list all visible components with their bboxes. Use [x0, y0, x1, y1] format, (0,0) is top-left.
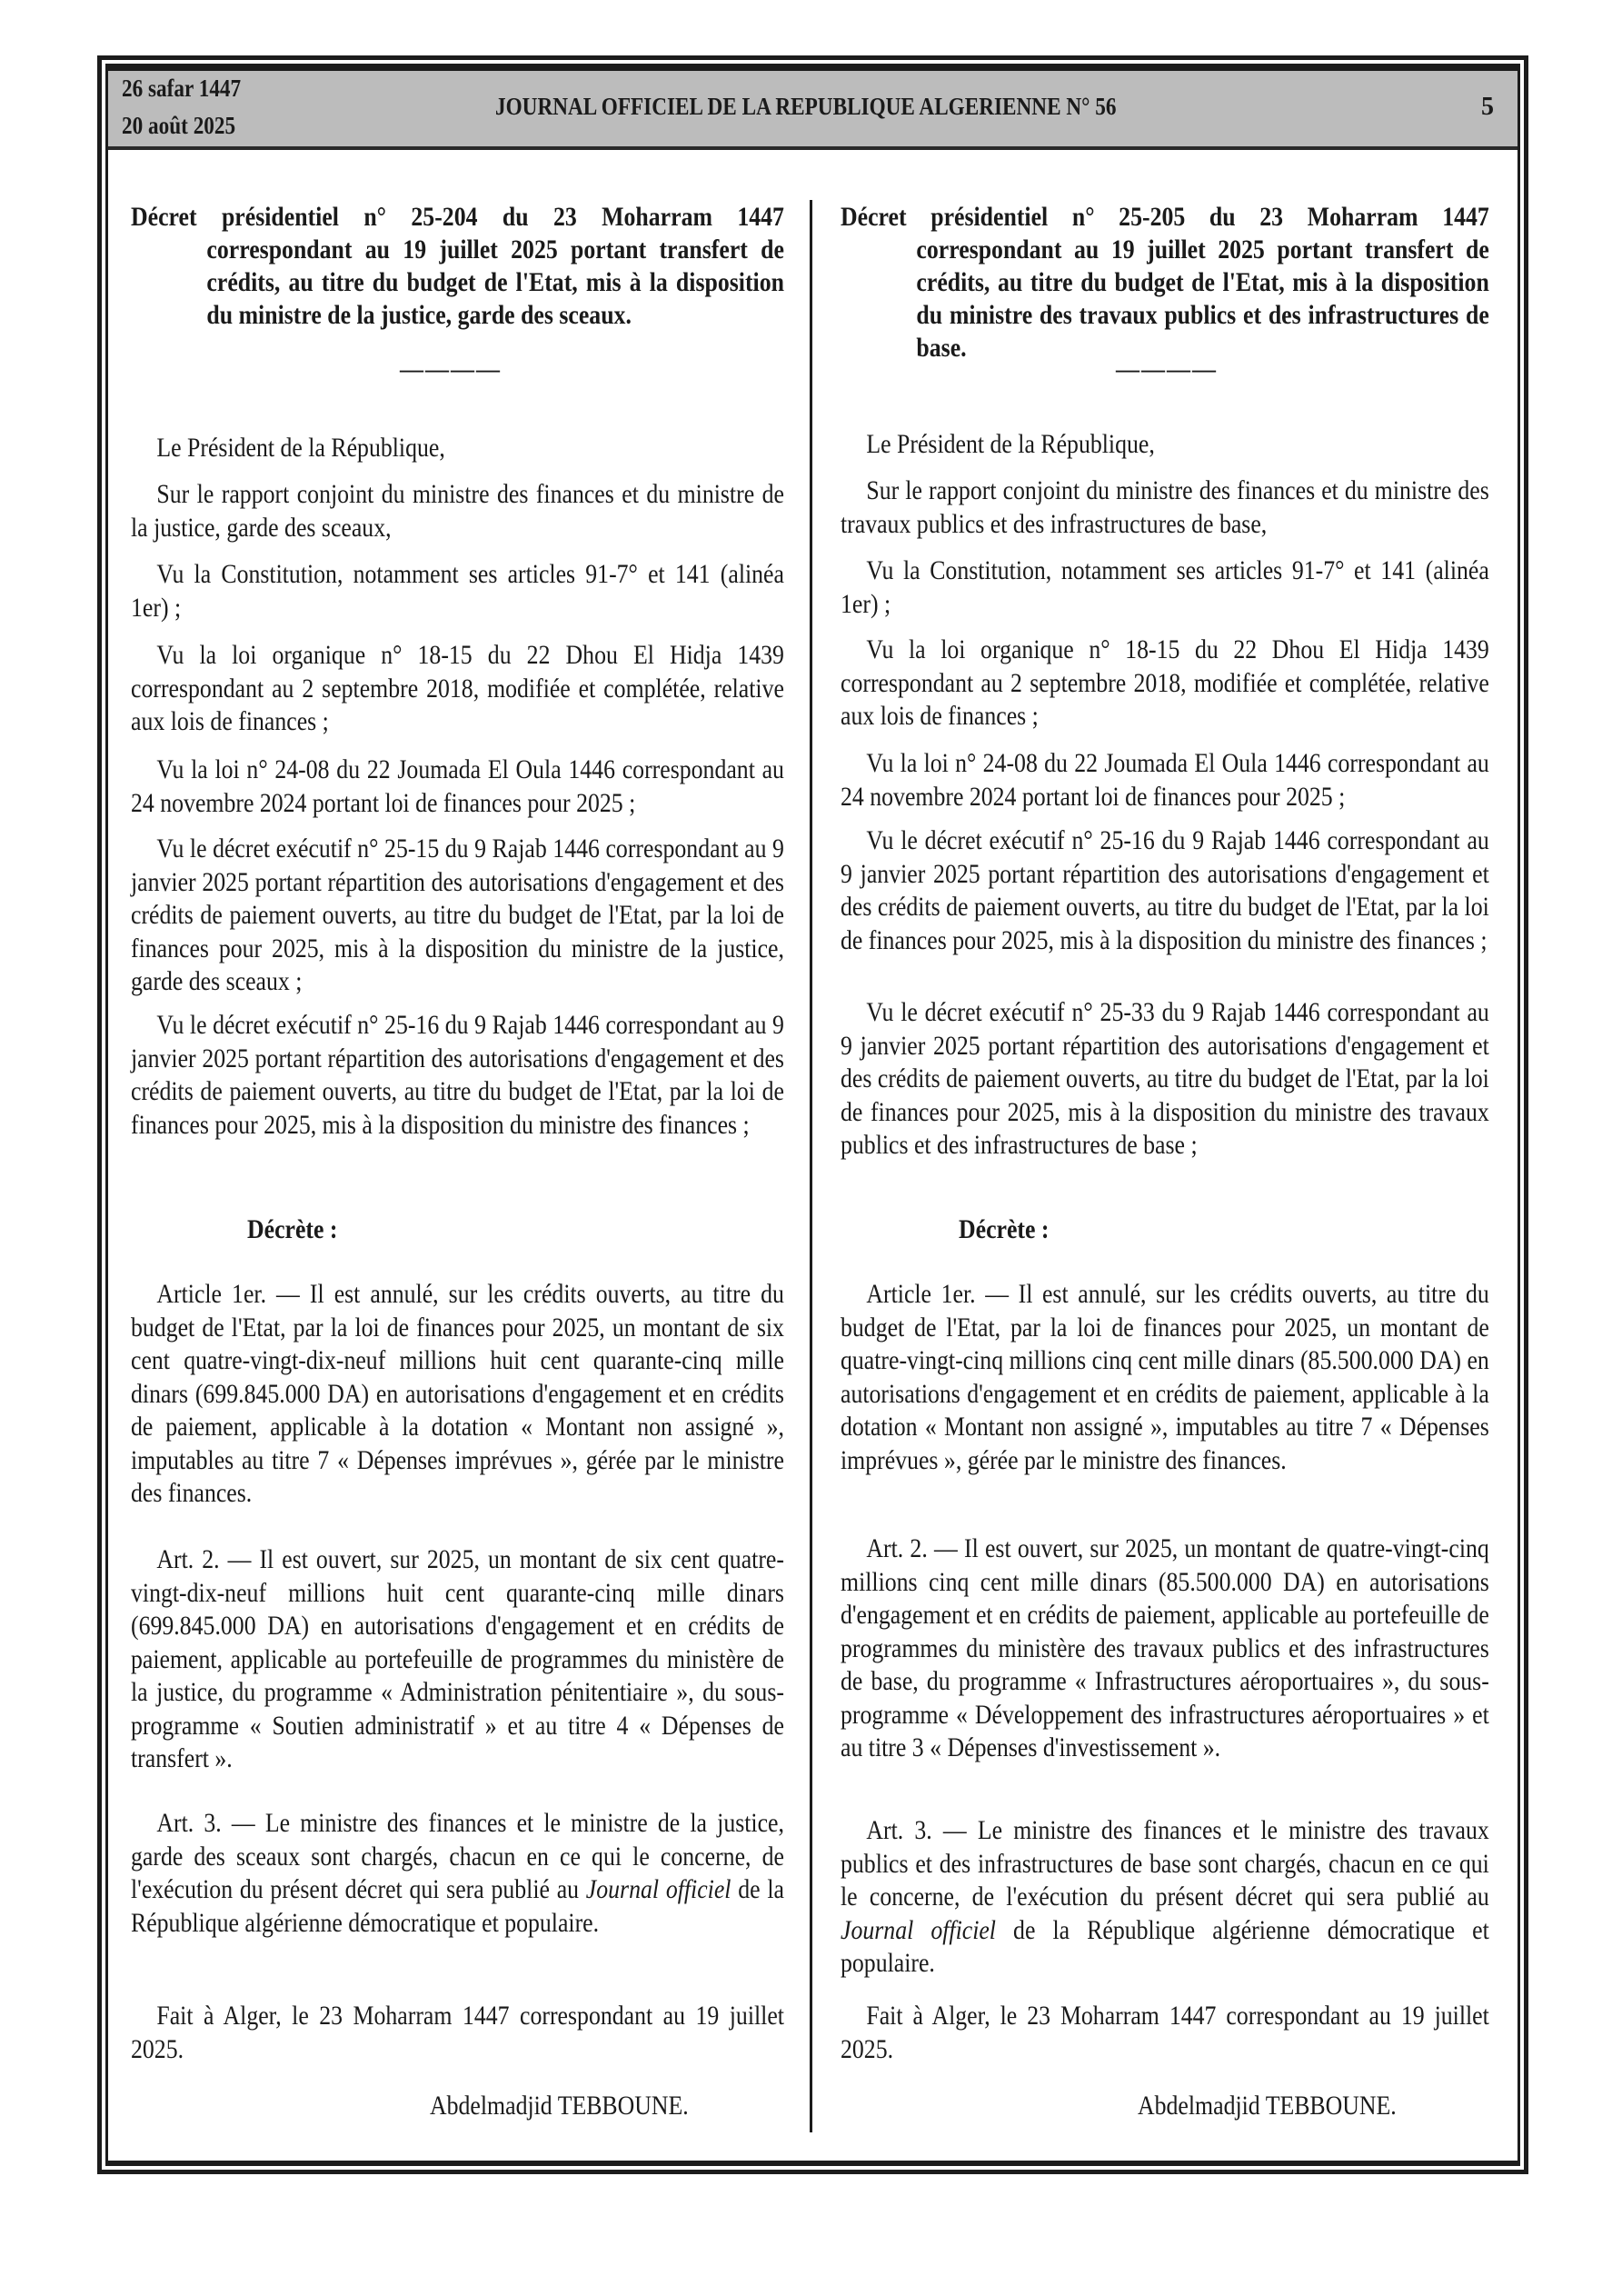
right-preamble-decret-25-16: Vu le décret exécutif n° 25-16 du 9 Raja… — [841, 824, 1489, 957]
page-number: 5 — [1481, 93, 1494, 122]
left-preamble-decret-25-16: Vu le décret exécutif n° 25-16 du 9 Raja… — [131, 1009, 784, 1142]
right-preamble-president: Le Président de la République, — [841, 428, 1489, 462]
right-title-line-1: Décret présidentiel n° 25-205 du 23 Moha… — [841, 201, 1489, 234]
left-preamble-loi-organique: Vu la loi organique n° 18-15 du 22 Dhou … — [131, 639, 784, 739]
left-title-rest: correspondant au 19 juillet 2025 portant… — [131, 234, 784, 332]
right-title-separator: ———— — [1116, 356, 1218, 384]
right-preamble-decret-25-33: Vu le décret exécutif n° 25-33 du 9 Raja… — [841, 996, 1489, 1163]
left-journal-officiel-italic: Journal officiel — [586, 1874, 731, 1904]
gregorian-date: 20 août 2025 — [122, 112, 235, 140]
right-article-1: Article 1er. — Il est annulé, sur les cr… — [841, 1278, 1489, 1477]
right-title-rest: correspondant au 19 juillet 2025 portant… — [841, 234, 1489, 364]
right-done-at: Fait à Alger, le 23 Moharram 1447 corres… — [841, 2000, 1489, 2066]
right-preamble-constitution: Vu la Constitution, notamment ses articl… — [841, 554, 1489, 621]
column-divider — [810, 200, 812, 2132]
right-preamble-loi-finances: Vu la loi n° 24-08 du 22 Joumada El Oula… — [841, 747, 1489, 814]
right-preamble-loi-organique: Vu la loi organique n° 18-15 du 22 Dhou … — [841, 634, 1489, 734]
left-preamble-constitution: Vu la Constitution, notamment ses articl… — [131, 558, 784, 624]
hijri-date: 26 safar 1447 — [122, 75, 241, 103]
left-title-line-1: Décret présidentiel n° 25-204 du 23 Moha… — [131, 201, 784, 234]
left-preamble-president: Le Président de la République, — [131, 432, 784, 465]
left-title-separator: ———— — [400, 356, 502, 384]
right-article-2: Art. 2. — Il est ouvert, sur 2025, un mo… — [841, 1532, 1489, 1765]
right-article-3-text: Art. 3. — Le ministre des finances et le… — [841, 1815, 1489, 1912]
journal-title: JOURNAL OFFICIEL DE LA REPUBLIQUE ALGERI… — [495, 93, 1116, 121]
right-journal-officiel-italic: Journal officiel — [841, 1915, 996, 1945]
right-decrete-heading: Décrète : — [959, 1214, 1050, 1245]
left-article-3: Art. 3. — Le ministre des finances et le… — [131, 1807, 784, 1940]
left-signature: Abdelmadjid TEBBOUNE. — [430, 2091, 689, 2121]
left-article-1: Article 1er. — Il est annulé, sur les cr… — [131, 1278, 784, 1511]
right-signature: Abdelmadjid TEBBOUNE. — [1138, 2091, 1397, 2121]
left-article-2: Art. 2. — Il est ouvert, sur 2025, un mo… — [131, 1543, 784, 1776]
left-decrete-heading: Décrète : — [247, 1214, 338, 1245]
right-decree-title: Décret présidentiel n° 25-205 du 23 Moha… — [841, 201, 1489, 364]
left-preamble-loi-finances: Vu la loi n° 24-08 du 22 Joumada El Oula… — [131, 754, 784, 820]
left-preamble-rapport: Sur le rapport conjoint du ministre des … — [131, 478, 784, 544]
left-done-at: Fait à Alger, le 23 Moharram 1447 corres… — [131, 2000, 784, 2066]
left-preamble-decret-25-15: Vu le décret exécutif n° 25-15 du 9 Raja… — [131, 833, 784, 999]
right-preamble-rapport: Sur le rapport conjoint du ministre des … — [841, 474, 1489, 541]
left-decree-title: Décret présidentiel n° 25-204 du 23 Moha… — [131, 201, 784, 332]
right-article-3: Art. 3. — Le ministre des finances et le… — [841, 1814, 1489, 1981]
